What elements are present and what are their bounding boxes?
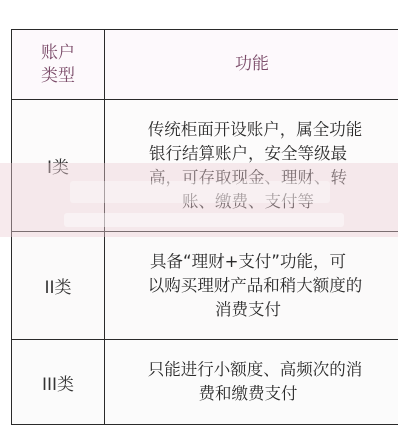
description-line: 账、缴费、支付等 — [105, 190, 391, 214]
description-line: 高，可存取现金、理财、转 — [105, 166, 391, 190]
table-header-row: 账户 类型 功能 — [12, 30, 398, 100]
header-account-type: 账户 类型 — [12, 30, 105, 100]
row-type-label: III类 — [12, 340, 105, 425]
table-row-type-3: III类 只能进行小额度、高频次的消 费和缴费支付 — [12, 340, 398, 425]
table-row-type-2: II类 具备“理财+支付”功能，可 以购买理财产品和稍大额度的 消费支付 — [12, 232, 398, 340]
row-function-description: 具备“理财+支付”功能，可 以购买理财产品和稍大额度的 消费支付 — [105, 232, 398, 340]
description-line: 费和缴费支付 — [105, 382, 391, 406]
row-function-description: 传统柜面开设账户，属全功能 银行结算账户，安全等级最 高，可存取现金、理财、转 … — [105, 100, 398, 232]
description-line: 银行结算账户，安全等级最 — [105, 142, 391, 166]
header-function: 功能 — [105, 30, 398, 100]
description-line: 消费支付 — [105, 298, 391, 322]
description-line: 以购买理财产品和稍大额度的 — [105, 274, 398, 298]
header-account-type-line-1: 账户 — [12, 42, 104, 65]
row-type-label: II类 — [12, 232, 105, 340]
account-type-table: 账户 类型 功能 I类 传统柜面开设账户，属全功能 银行结算账户，安全等级最 高… — [11, 29, 398, 425]
row-function-description: 只能进行小额度、高频次的消 费和缴费支付 — [105, 340, 398, 425]
row-type-label: I类 — [12, 100, 105, 232]
table-row-type-1: I类 传统柜面开设账户，属全功能 银行结算账户，安全等级最 高，可存取现金、理财… — [12, 100, 398, 232]
description-line: 只能进行小额度、高频次的消 — [105, 358, 398, 382]
header-account-type-line-2: 类型 — [12, 65, 104, 88]
description-line: 传统柜面开设账户，属全功能 — [105, 118, 398, 142]
description-line: 具备“理财+支付”功能，可 — [105, 250, 391, 274]
account-type-table-container: 账户 类型 功能 I类 传统柜面开设账户，属全功能 银行结算账户，安全等级最 高… — [11, 29, 398, 426]
